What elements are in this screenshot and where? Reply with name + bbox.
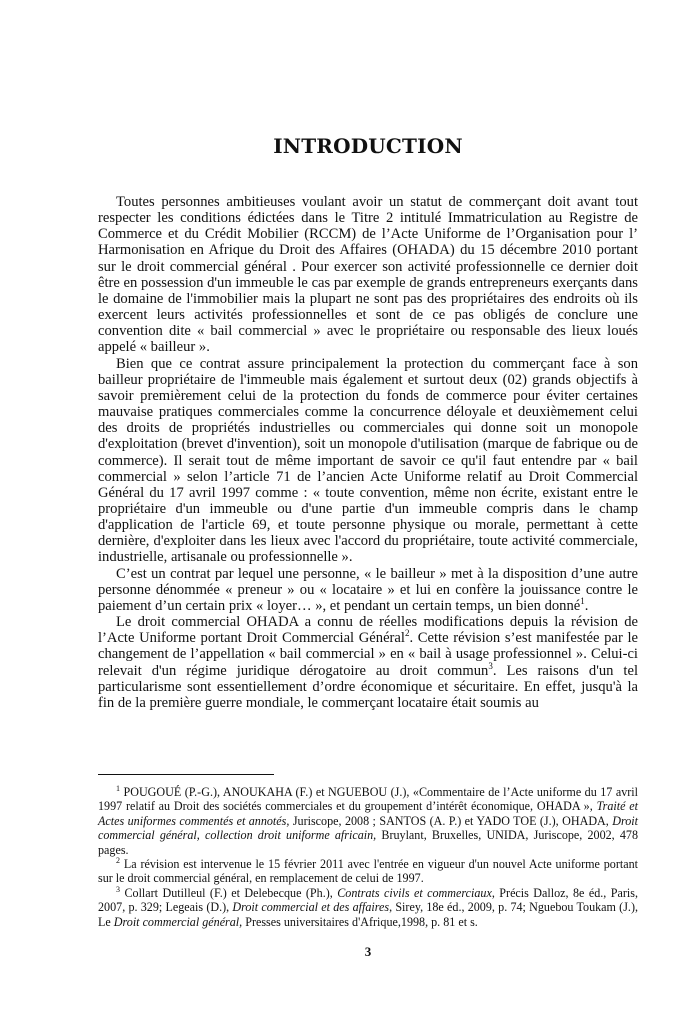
footnote-text: La révision est intervenue le 15 février… <box>98 857 638 885</box>
footnote-italic: Droit commercial général, <box>114 915 242 929</box>
footnotes: 1 POUGOUÉ (P.-G.), ANOUKAHA (F.) et NGUE… <box>98 785 638 929</box>
footnote-3: 3 Collart Dutilleul (F.) et Delebecque (… <box>98 886 638 929</box>
paragraph-1: Toutes personnes ambitieuses voulant avo… <box>98 194 638 356</box>
page-title: INTRODUCTION <box>98 134 638 158</box>
paragraph-3: C’est un contrat par lequel une personne… <box>98 566 638 614</box>
paragraph-2: Bien que ce contrat assure principalemen… <box>98 356 638 566</box>
footnote-number: 1 <box>116 784 120 793</box>
footnote-1: 1 POUGOUÉ (P.-G.), ANOUKAHA (F.) et NGUE… <box>98 785 638 857</box>
body-text: Toutes personnes ambitieuses voulant avo… <box>98 194 638 711</box>
footnote-text: Collart Dutilleul (F.) et Delebecque (Ph… <box>124 886 337 900</box>
page-number: 3 <box>98 944 638 960</box>
footnote-number: 2 <box>116 856 120 865</box>
footnote-text: Juriscope, 2008 ; SANTOS (A. P.) et YADO… <box>289 814 612 828</box>
footnote-number: 3 <box>116 885 120 894</box>
footnote-separator <box>98 774 274 775</box>
paragraph-3-text: C’est un contrat par lequel une personne… <box>98 566 638 614</box>
footnote-italic: Droit commercial et des affaires <box>232 900 389 914</box>
footnote-italic: Contrats civils et commerciaux <box>337 886 492 900</box>
paragraph-4: Le droit commercial OHADA a connu de rée… <box>98 614 638 711</box>
footnote-2: 2 La révision est intervenue le 15 févri… <box>98 857 638 886</box>
footnote-ref-1[interactable]: 1 <box>580 596 585 606</box>
footnote-text: Presses universitaires d'Afrique,1998, p… <box>242 915 478 929</box>
footnote-text: POUGOUÉ (P.-G.), ANOUKAHA (F.) et NGUEBO… <box>98 785 638 813</box>
